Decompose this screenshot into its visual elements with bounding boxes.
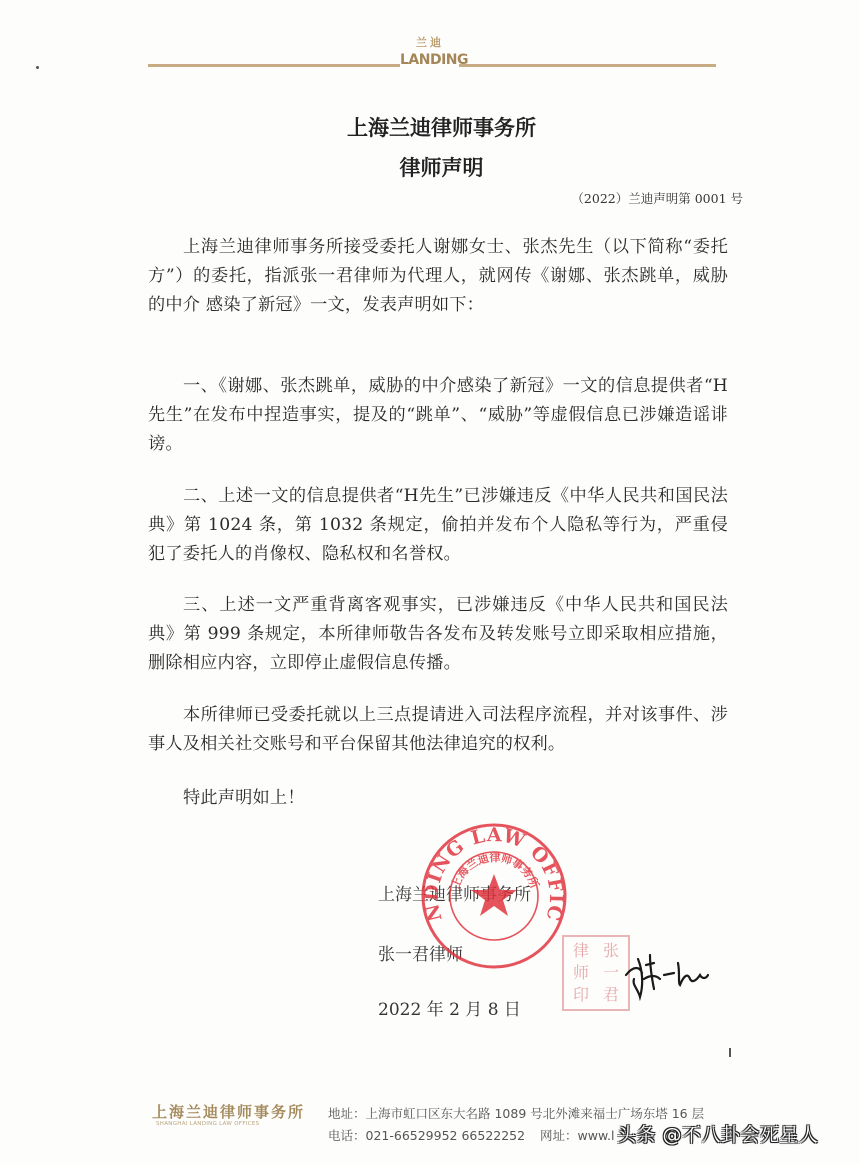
seal-char: 师 <box>566 962 596 984</box>
document-title: 律师声明 <box>12 152 859 182</box>
closing-paragraph: 特此声明如上！ <box>148 784 728 813</box>
letterhead-logo-en: LANDING <box>400 52 460 68</box>
point-one-paragraph: 一、《谢娜、张杰跳单，威胁的中介感染了新冠》一文的信息提供者“H先生”在发布中捏… <box>148 372 728 459</box>
scan-speck <box>36 66 39 69</box>
handwritten-signature-icon <box>620 945 712 1005</box>
intro-paragraph: 上海兰迪律师事务所接受委托人谢娜女士、张杰先生（以下简称“委托方”）的委托，指派… <box>148 233 728 320</box>
reservation-paragraph: 本所律师已受委托就以上三点提请进入司法程序流程，并对该事件、涉事人及相关社交账号… <box>148 701 728 759</box>
footer-phone: 电话：021-66529952 66522252 <box>328 1126 525 1144</box>
footer-firm-en: SHANGHAI LANDING LAW OFFICES <box>156 1121 259 1127</box>
firm-name-title: 上海兰迪律师事务所 <box>12 112 859 142</box>
firm-seal-icon: LANDING LAW OFFICES 上海兰迪律师事务所 <box>420 822 568 970</box>
page-mark <box>729 1048 731 1057</box>
watermark: 头条 @不八卦会死星人 <box>617 1120 819 1147</box>
footer-website: 网址：www.l <box>540 1126 614 1144</box>
letterhead-rule-left <box>148 64 400 67</box>
footer-firm-cn: 上海兰迪律师事务所 <box>152 1101 305 1122</box>
seal-char: 律 <box>566 940 596 962</box>
point-two-paragraph: 二、上述一文的信息提供者“H先生”已涉嫌违反《中华人民共和国民法典》第 1024… <box>148 482 728 569</box>
signature-date: 2022 年 2 月 8 日 <box>378 995 521 1020</box>
point-three-paragraph: 三、上述一文严重背离客观事实，已涉嫌违反《中华人民共和国民法典》第 999 条规… <box>148 591 728 678</box>
svg-text:LANDING LAW OFFICES: LANDING LAW OFFICES <box>420 822 567 924</box>
letterhead-logo-cn: 兰迪 <box>410 34 450 50</box>
letterhead-rule-right <box>459 64 716 67</box>
seal-char: 印 <box>566 984 596 1006</box>
reference-number: （2022）兰迪声明第 0001 号 <box>571 189 743 207</box>
